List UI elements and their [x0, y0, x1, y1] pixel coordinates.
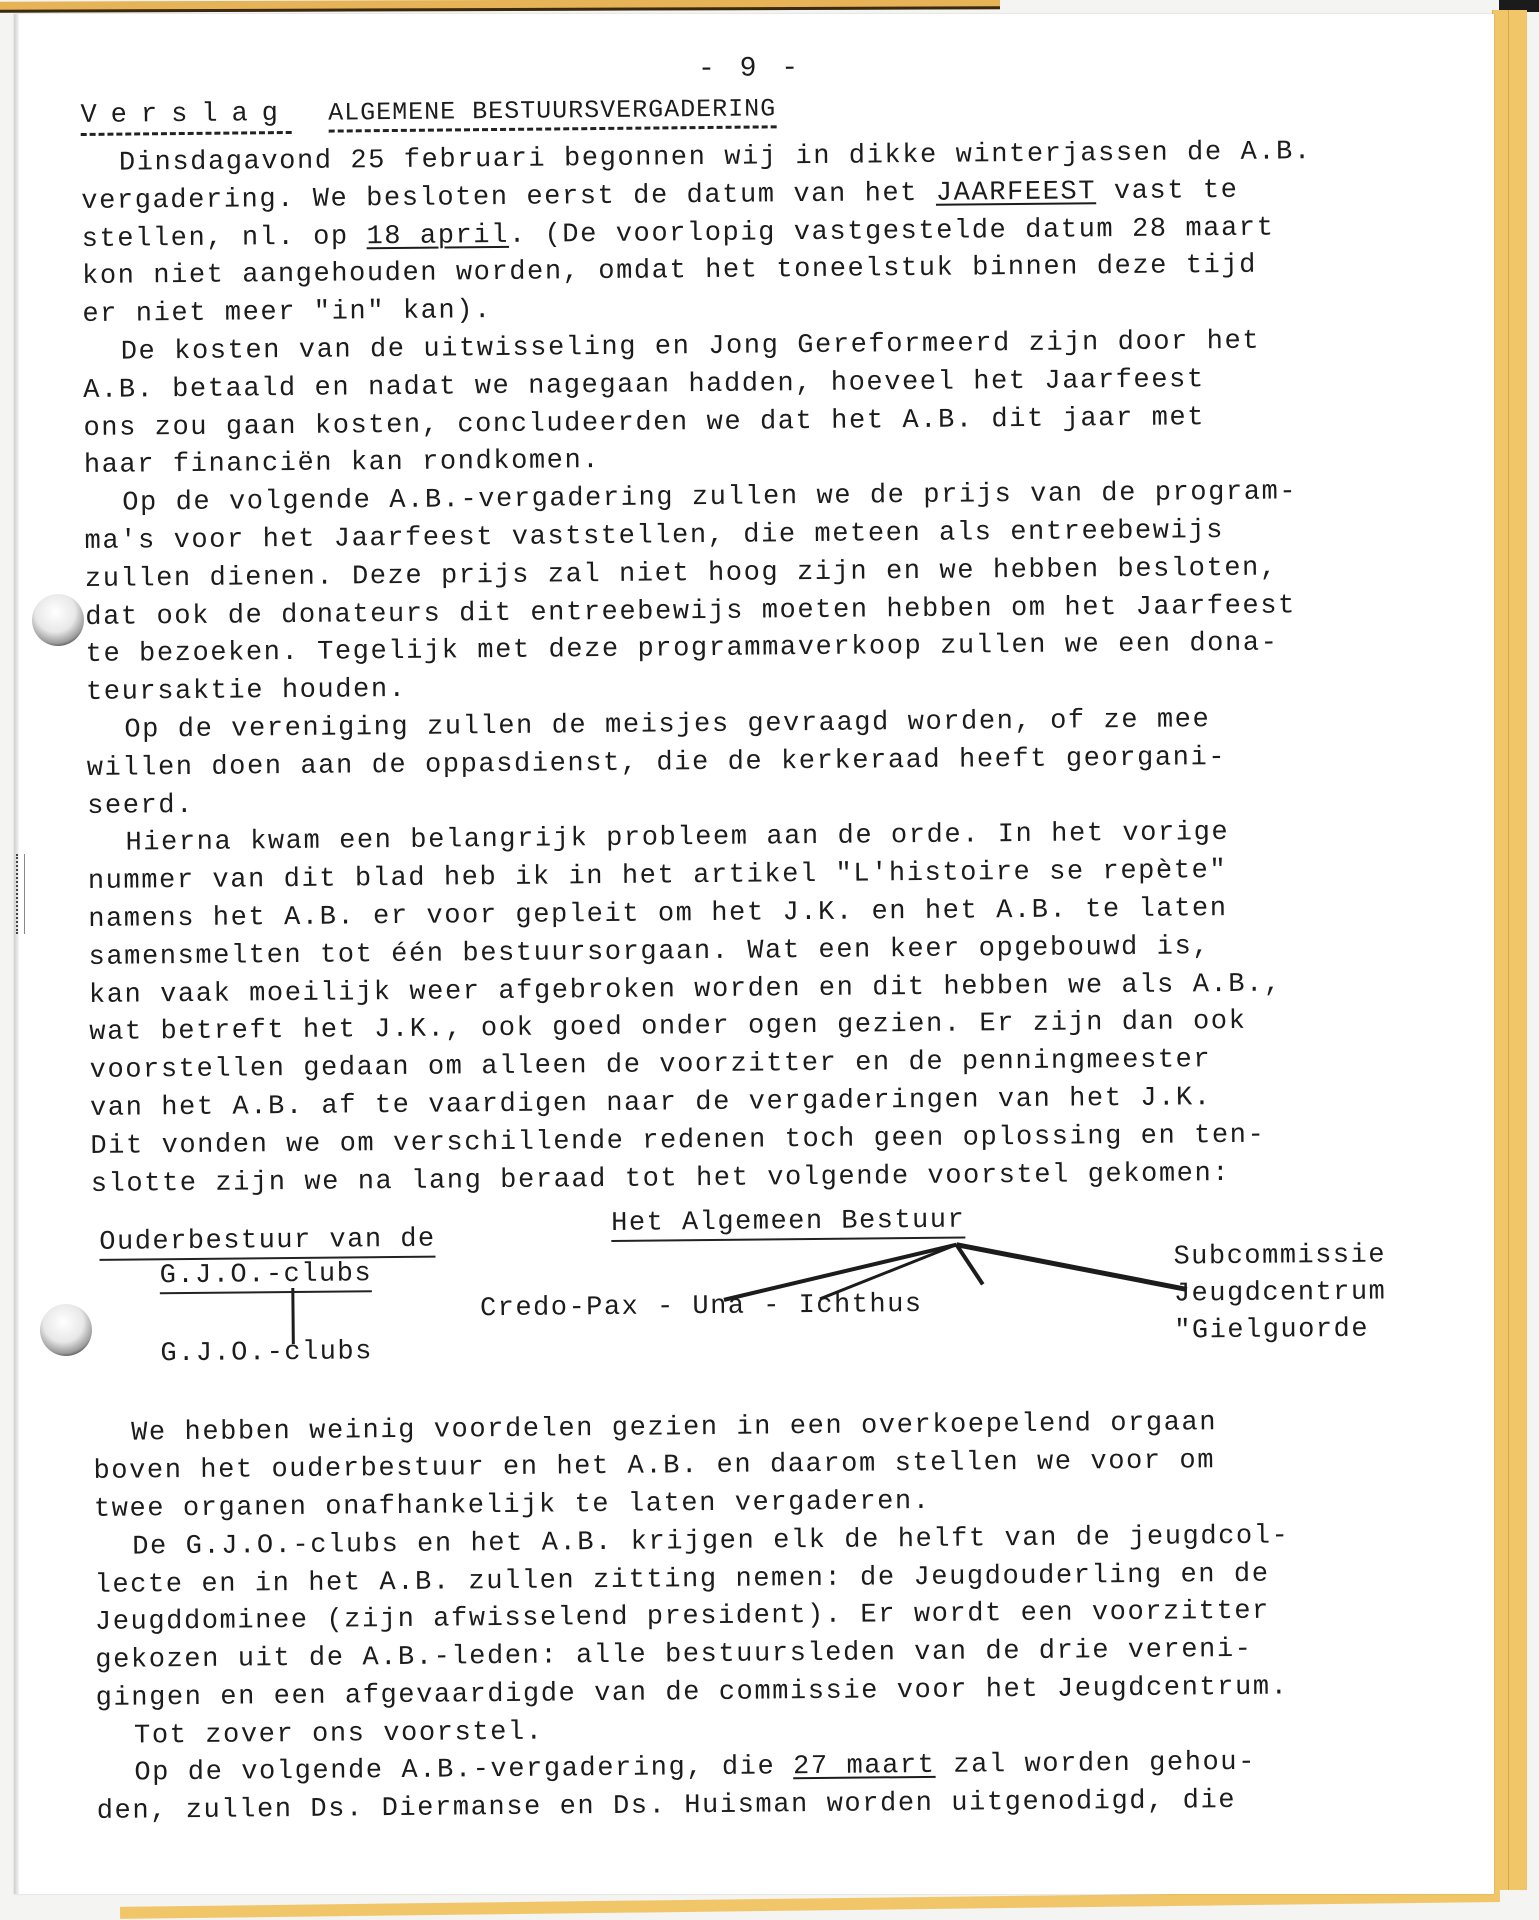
folder-top-edge [0, 0, 1000, 13]
line-text: gekozen uit de A.B.-leden: alle bestuurs… [95, 1635, 1252, 1676]
line-text: Hierna kwam een belangrijk probleem aan … [125, 818, 1229, 859]
line-text: nummer van dit blad heb ik in het artike… [88, 856, 1228, 897]
underlined-emphasis: JAARFEEST [936, 177, 1097, 209]
line-text-after: vast te [1096, 176, 1239, 207]
line-text: kon niet aangehouden worden, omdat het t… [82, 251, 1257, 292]
folder-right-edge [1492, 10, 1527, 1890]
line-text: A.B. betaald en nadat we nagegaan hadden… [83, 365, 1205, 406]
paragraph: Hierna kwam een belangrijk probleem aan … [87, 813, 1471, 1204]
line-text: Op de volgende A.B.-vergadering, die [134, 1753, 793, 1789]
line-text: er niet meer "in" kan). [82, 296, 492, 330]
line-text: slotte zijn we na lang beraad tot het vo… [91, 1159, 1231, 1200]
line-text: Dit vonden we om verschillende redenen t… [90, 1120, 1265, 1161]
line-text: ons zou gaan kosten, concludeerden we da… [83, 403, 1205, 444]
line-text-after: . (De voorlopig vastgestelde datum 28 ma… [509, 213, 1275, 250]
document-heading: Verslag ALGEMENE BESTUURSVERGADERING [80, 88, 1460, 136]
diagram-left-child: G.J.O.-clubs [160, 1338, 373, 1370]
heading-title: ALGEMENE BESTUURSVERGADERING [328, 94, 776, 132]
line-text: te bezoeken. Tegelijk met deze programma… [86, 629, 1279, 670]
diagram-left-root-line1: Ouderbestuur van de [99, 1225, 436, 1261]
line-text: Op de volgende A.B.-vergadering zullen w… [122, 478, 1297, 519]
paragraph: We hebben weinig voordelen gezien in een… [93, 1403, 1474, 1530]
subcommissie-line-1: Subcommissie [1173, 1238, 1386, 1277]
heading-prefix: Verslag [80, 99, 292, 136]
line-text: We hebben weinig voordelen gezien in een… [131, 1408, 1217, 1448]
line-text: ma's voor het Jaarfeest vaststellen, die… [84, 516, 1224, 557]
diagram-subcommissie: Subcommissie Jeugdcentrum "Gielguorde [1173, 1238, 1386, 1351]
line-text: teursaktie houden. [86, 675, 407, 708]
line-text: Tot zover ons voorstel. [134, 1717, 544, 1751]
paragraph: Op de volgende A.B.-vergadering, die 27 … [96, 1743, 1477, 1832]
body-after-diagram: We hebben weinig voordelen gezien in een… [93, 1403, 1477, 1832]
line-text: De kosten van de uitwisseling en Jong Ge… [121, 327, 1261, 368]
organization-diagram: Ouderbestuur van de G.J.O.-clubs G.J.O.-… [91, 1215, 1473, 1398]
line-text: gingen en een afgevaardigde van de commi… [96, 1672, 1289, 1713]
subcommissie-line-2: Jeugdcentrum [1174, 1275, 1387, 1314]
line-text: wat betreft het J.K., ook goed onder oge… [89, 1007, 1246, 1048]
line-text: lecte en in het A.B. zullen zitting neme… [94, 1559, 1269, 1600]
punch-hole-bottom [40, 1304, 92, 1356]
paragraph: De G.J.O.-clubs en het A.B. krijgen elk … [94, 1516, 1476, 1718]
punch-hole-top [32, 594, 84, 646]
line-text: samensmelten tot één bestuursorgaan. Wat… [88, 932, 1210, 973]
line-text: willen doen aan de oppasdienst, die de k… [87, 743, 1227, 784]
paragraph: Op de volgende A.B.-vergadering zullen w… [84, 473, 1466, 713]
line-text: namens het A.B. er voor gepleit om het J… [88, 894, 1228, 935]
line-text: kan vaak moeilijk weer afgebroken worden… [89, 969, 1282, 1010]
paragraph: De kosten van de uitwisseling en Jong Ge… [83, 322, 1464, 486]
folder-bottom-edge [120, 1890, 1500, 1919]
subcommissie-line-3: "Gielguorde [1174, 1312, 1387, 1351]
line-text: twee organen onafhankelijk te laten verg… [94, 1487, 931, 1525]
underlined-emphasis: 18 april [366, 220, 509, 251]
line-text: Op de vereniging zullen de meisjes gevra… [124, 705, 1210, 745]
line-text: De G.J.O.-clubs en het A.B. krijgen elk … [132, 1521, 1289, 1562]
line-text: Jeugddominee (zijn afwisselend president… [95, 1597, 1270, 1638]
line-text: seerd. [87, 790, 194, 821]
diagram-right-root: Het Algemeen Bestuur [611, 1206, 965, 1242]
paragraph: Op de vereniging zullen de meisjes gevra… [86, 700, 1467, 827]
diagram-left-root-line2: G.J.O.-clubs [160, 1260, 373, 1295]
line-text: haar financiën kan rondkomen. [84, 446, 601, 481]
document-content: - 9 - Verslag ALGEMENE BESTUURSVERGADERI… [80, 47, 1477, 1832]
paper-binding-edge [14, 14, 19, 1894]
line-text: vergadering. We besloten eerst de datum … [81, 179, 936, 217]
underlined-emphasis: 27 maart [793, 1751, 936, 1782]
paragraph: Dinsdagavond 25 februari begonnen wij in… [81, 133, 1463, 335]
line-text: den, zullen Ds. Diermanse en Ds. Huisman… [97, 1786, 1237, 1827]
line-text: voorstellen gedaan om alleen de voorzitt… [90, 1045, 1212, 1086]
line-text: boven het ouderbestuur en het A.B. en da… [93, 1446, 1215, 1487]
line-text: stellen, nl. op [82, 222, 367, 255]
line-text-after: zal worden gehou- [935, 1748, 1256, 1781]
line-text: Dinsdagavond 25 februari begonnen wij in… [119, 137, 1312, 178]
line-text: van het A.B. af te vaardigen naar de ver… [90, 1083, 1212, 1124]
diagram-right-children: Credo-Pax - Una - Ichthus [480, 1290, 923, 1324]
staple-mark [16, 854, 25, 934]
line-text: zullen dienen. Deze prijs zal niet hoog … [85, 553, 1278, 594]
body-before-diagram: Dinsdagavond 25 februari begonnen wij in… [81, 133, 1471, 1205]
